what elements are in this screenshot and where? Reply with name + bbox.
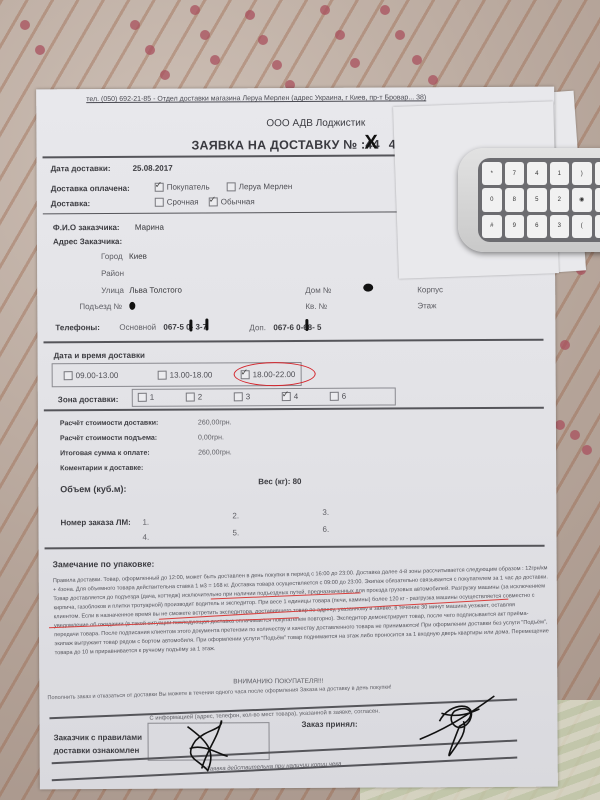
- zone-option-6[interactable]: 6: [330, 392, 347, 401]
- company-name: ООО АДВ Лоджистик: [266, 118, 365, 130]
- checkbox-icon[interactable]: [227, 183, 236, 192]
- redaction-blot: [189, 320, 192, 332]
- address-label: Адрес Заказчика:: [53, 237, 122, 246]
- customer-signature: [177, 718, 237, 774]
- redaction-mark: X: [364, 132, 377, 155]
- divider: [43, 339, 543, 344]
- floor-label: Этаж: [417, 301, 436, 310]
- phone-key: 4: [527, 162, 547, 185]
- checkbox-icon[interactable]: [186, 393, 195, 402]
- house-label: Дом №: [305, 286, 331, 295]
- fabric-dot: [395, 30, 405, 40]
- zones-label: Зона доставки:: [58, 395, 119, 404]
- checkbox-icon[interactable]: [158, 371, 167, 380]
- accepted-signature: [419, 691, 499, 761]
- zone-option-3[interactable]: 3: [234, 392, 251, 401]
- delivery-cost-value: 260,00грн.: [198, 419, 232, 426]
- fabric-dot: [560, 340, 570, 350]
- fabric-dot: [20, 20, 30, 30]
- fabric-dot: [160, 70, 170, 80]
- comment-label: Коментарии к доставке:: [60, 465, 143, 472]
- zone-option-4[interactable]: 4: [282, 392, 299, 401]
- order-slot-2: 2.: [232, 511, 239, 520]
- phone-key: 1: [550, 162, 570, 185]
- city-value: Киев: [129, 252, 147, 261]
- zone-option-1[interactable]: 1: [138, 393, 155, 402]
- header-contact: тел. (050) 692-21-85 - Отдел доставки ма…: [86, 94, 426, 103]
- district-label: Район: [101, 269, 124, 278]
- time-slot-1[interactable]: 09.00-13.00: [64, 371, 119, 381]
- phone-keypad: *741)—0852◉—#963(—: [478, 158, 600, 242]
- total-label: Итоговая сумма к оплате:: [60, 450, 150, 457]
- time-slots-label: Дата и время доставки: [54, 351, 145, 360]
- redaction-blot: [205, 318, 208, 330]
- total-value: 260,00грн.: [198, 449, 232, 456]
- fabric-dot: [570, 430, 580, 440]
- checkbox-icon[interactable]: [138, 393, 147, 402]
- phone-key: 8: [505, 188, 525, 211]
- apartment-label: Кв. №: [305, 302, 327, 311]
- customer-ack-label: Заказчик с правилами доставки ознакомлен: [54, 731, 144, 757]
- phone-key: (: [572, 215, 592, 238]
- order-slot-3: 3.: [322, 508, 329, 517]
- attention-title: ВНИМАНИЮ ПОКУПАТЕЛЯ!!!: [233, 678, 323, 685]
- fabric-dot: [380, 5, 390, 15]
- order-slot-5: 5.: [232, 528, 239, 537]
- phone-key: —: [595, 215, 600, 238]
- red-circle-annotation: [234, 362, 316, 386]
- time-slot-2[interactable]: 13.00-18.00: [158, 370, 213, 380]
- city-label: Город: [101, 252, 123, 261]
- delivery-type-urgent[interactable]: Срочная: [155, 198, 199, 208]
- zone-option-2[interactable]: 2: [186, 392, 203, 401]
- delivery-date-value: 25.08.2017: [133, 164, 173, 173]
- divider: [43, 154, 423, 158]
- delivery-cost-label: Расчёт стоимости доставки:: [60, 420, 158, 428]
- checkbox-checked-icon[interactable]: [155, 183, 164, 192]
- fabric-dot: [412, 55, 422, 65]
- lift-cost-label: Расчёт стоимости подъема:: [60, 435, 157, 443]
- phone-key: ): [572, 162, 592, 185]
- fabric-dot: [350, 58, 360, 68]
- fabric-dot: [428, 75, 438, 85]
- phone-key: 3: [550, 215, 570, 238]
- fabric-dot: [555, 420, 565, 430]
- phone-key: 5: [527, 188, 547, 211]
- checkbox-icon[interactable]: [155, 198, 164, 207]
- fabric-dot: [582, 445, 592, 455]
- mobile-phone: *741)—0852◉—#963(—: [458, 148, 600, 252]
- phone-key: 0: [482, 188, 502, 211]
- packaging-title: Замечание по упаковке:: [53, 559, 155, 570]
- paid-by-leroy[interactable]: Леруа Мерлен: [227, 182, 293, 192]
- fabric-dot: [320, 5, 330, 15]
- checkbox-icon[interactable]: [234, 393, 243, 402]
- street-value: Льва Толстого: [129, 286, 182, 295]
- fabric-dot: [200, 30, 210, 40]
- phone-key: 7: [505, 162, 525, 185]
- lift-cost-value: 0,00грн.: [198, 434, 224, 441]
- accepted-label: Заказ принял:: [301, 720, 357, 729]
- fabric-dot: [245, 10, 255, 20]
- delivery-date-label: Дата доставки:: [51, 164, 111, 173]
- checkbox-checked-icon[interactable]: [209, 198, 218, 207]
- customer-value: Марина: [135, 223, 164, 232]
- zones-box: [132, 387, 396, 406]
- customer-label: Ф.И.О заказчика:: [53, 223, 120, 232]
- checkbox-icon[interactable]: [330, 392, 339, 401]
- phone-key: 2: [550, 188, 570, 211]
- divider: [44, 407, 544, 412]
- divider: [43, 211, 423, 214]
- street-label: Улица: [101, 286, 124, 295]
- phones-label: Телефоны:: [55, 323, 100, 332]
- fabric-dot: [258, 35, 268, 45]
- phone-key: —: [595, 162, 600, 185]
- fabric-dot: [130, 20, 140, 30]
- checkbox-checked-icon[interactable]: [282, 392, 291, 401]
- fabric-dot: [190, 5, 200, 15]
- volume-label: Объем (куб.м):: [60, 484, 126, 494]
- checkbox-icon[interactable]: [64, 372, 73, 381]
- redaction-blot: [363, 284, 373, 292]
- fabric-dot: [335, 30, 345, 40]
- fabric-dot: [210, 55, 220, 65]
- order-slot-4: 4.: [142, 533, 149, 542]
- order-numbers-label: Номер заказа ЛМ:: [60, 518, 130, 527]
- phone-key: 6: [527, 215, 547, 238]
- phone-key: ◉: [572, 188, 592, 211]
- phone-main-value: 067-5 0- 3-7: [163, 322, 207, 331]
- entrance-label: Подъезд №: [79, 302, 122, 311]
- phone-key: *: [482, 162, 502, 185]
- phone-key: —: [595, 188, 600, 211]
- fabric-dot: [272, 60, 282, 70]
- order-slot-1: 1.: [142, 518, 149, 527]
- phone-key: 9: [505, 215, 525, 238]
- fabric-dot: [145, 45, 155, 55]
- phone-key: #: [482, 215, 502, 238]
- fabric-dot: [35, 45, 45, 55]
- delivery-type-label: Доставка:: [51, 199, 90, 208]
- paid-by-label: Доставка оплачена:: [51, 184, 130, 193]
- paid-by-buyer[interactable]: Покупатель: [155, 182, 210, 192]
- redaction-blot: [129, 302, 135, 310]
- order-slot-6: 6.: [322, 525, 329, 534]
- divider: [45, 545, 545, 550]
- weight-field: Вес (кг): 80: [258, 477, 301, 486]
- corpus-label: Корпус: [417, 285, 443, 294]
- phone-extra-value: 067-6 0-68- 5: [273, 323, 321, 332]
- redaction-blot: [305, 319, 308, 331]
- delivery-type-normal[interactable]: Обычная: [209, 197, 255, 207]
- phone-main-label: Основной: [119, 323, 156, 332]
- phone-extra-label: Доп.: [249, 323, 266, 332]
